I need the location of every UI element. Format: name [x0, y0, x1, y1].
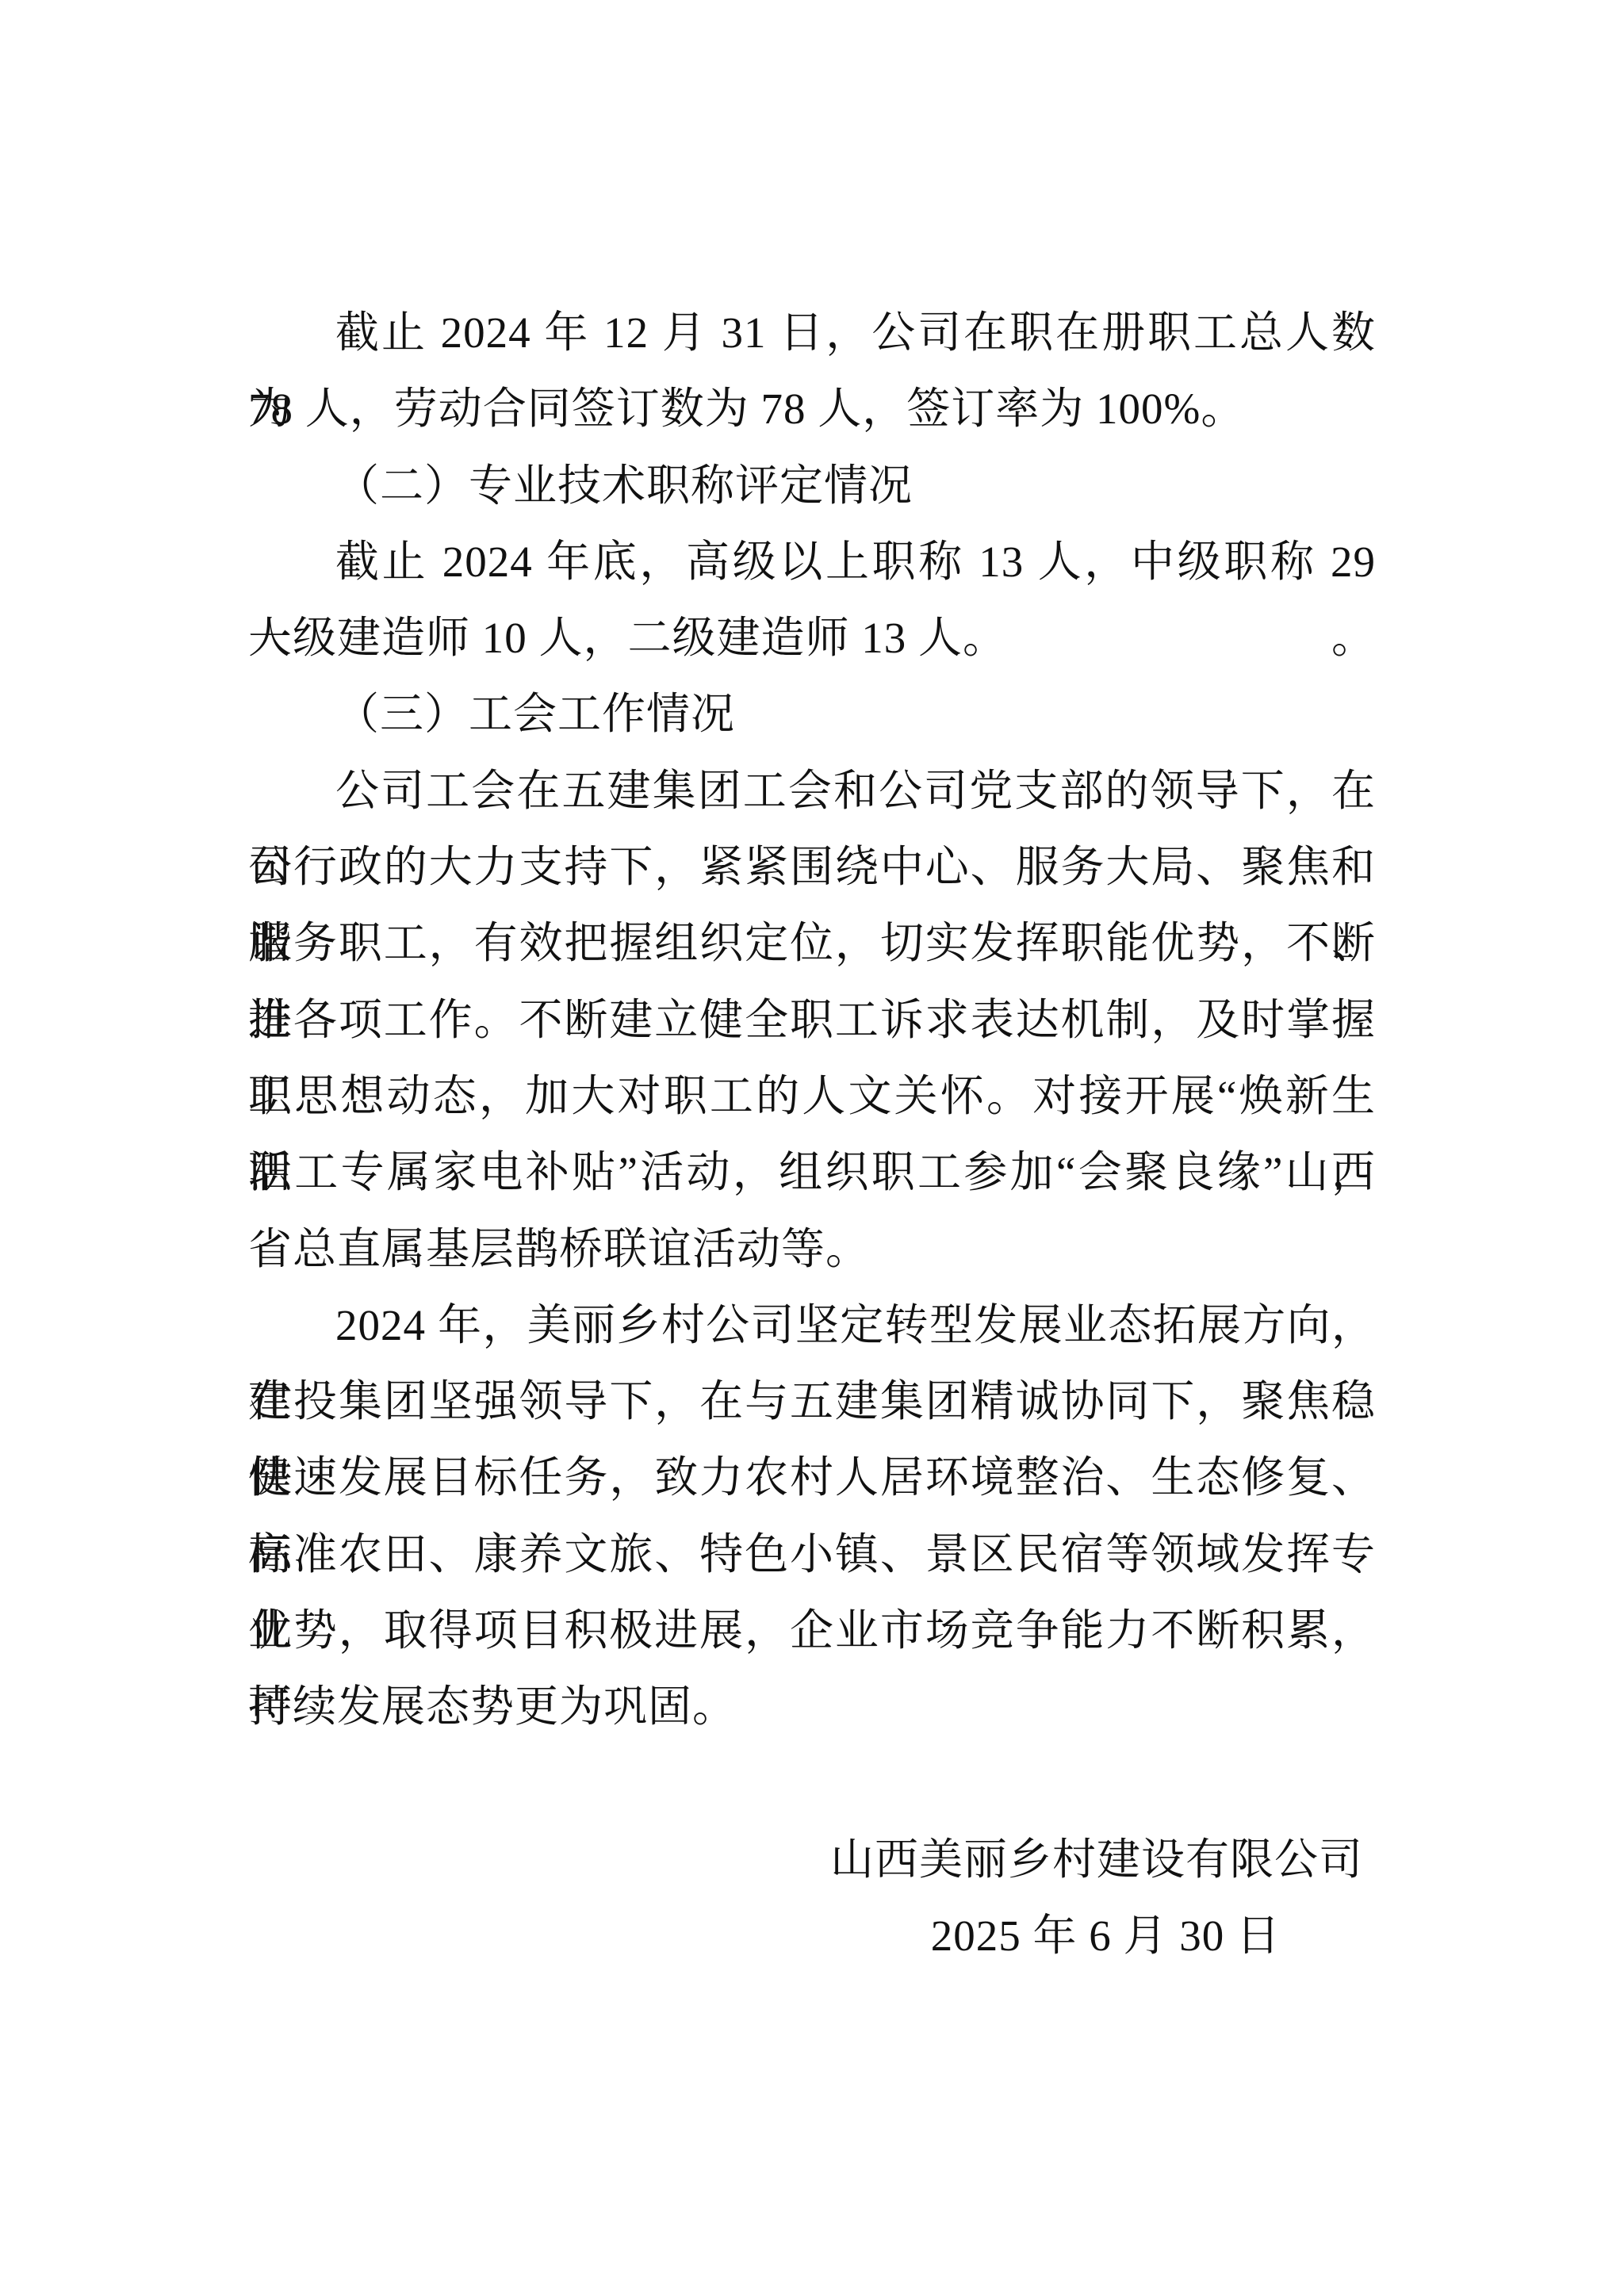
document-line: 服务职工，有效把握组织定位，切实发挥职能优势，不断推: [248, 905, 1376, 982]
document-line: 截止 2024 年底，高级以上职称 13 人，中级职称 29 人。: [248, 524, 1376, 600]
document-line: 进各项工作。不断建立健全职工诉求表达机制，及时掌握职: [248, 982, 1376, 1058]
document-line: 省总直属基层鹊桥联谊活动等。: [248, 1211, 1376, 1288]
document-page: 截止 2024 年 12 月 31 日，公司在职在册职工总人数为 78 人，劳动…: [0, 0, 1624, 2296]
document-section-heading: （三）工会工作情况: [248, 676, 1376, 752]
document-line: 公司工会在五建集团工会和公司党支部的领导下，在公: [248, 753, 1376, 829]
document-line: 标准农田、康养文旅、特色小镇、景区民宿等领域发挥专业: [248, 1517, 1376, 1593]
document-line: 2024 年，美丽乡村公司坚定转型发展业态拓展方向，在: [248, 1288, 1376, 1364]
document-text-block: 截止 2024 年 12 月 31 日，公司在职在册职工总人数为 78 人，劳动…: [248, 295, 1376, 1975]
signature-company: 山西美丽乡村建设有限公司: [248, 1822, 1376, 1898]
document-line: 快速发展目标任务，致力农村人居环境整治、生态修复、高: [248, 1440, 1376, 1516]
document-line: 职工专属家电补贴”活动，组织职工参加“会聚良缘”山西: [248, 1135, 1376, 1211]
document-section-heading: （二）专业技术职称评定情况: [248, 448, 1376, 524]
document-line: 建投集团坚强领导下，在与五建集团精诚协同下，聚焦稳健: [248, 1364, 1376, 1440]
blank-line: [248, 1746, 1376, 1822]
document-line: 优势，取得项目积极进展，企业市场竞争能力不断积累，可: [248, 1593, 1376, 1669]
signature-date: 2025 年 6 月 30 日: [248, 1898, 1376, 1974]
document-line: 工思想动态，加大对职工的人文关怀。对接开展“焕新生活，: [248, 1058, 1376, 1135]
document-line: 截止 2024 年 12 月 31 日，公司在职在册职工总人数为: [248, 295, 1376, 371]
document-line: 持续发展态势更为巩固。: [248, 1669, 1376, 1745]
document-line: 78 人，劳动合同签订数为 78 人，签订率为 100%。: [248, 371, 1376, 447]
document-line: 司行政的大力支持下，紧紧围绕中心、服务大局、聚焦和谐、: [248, 829, 1376, 905]
